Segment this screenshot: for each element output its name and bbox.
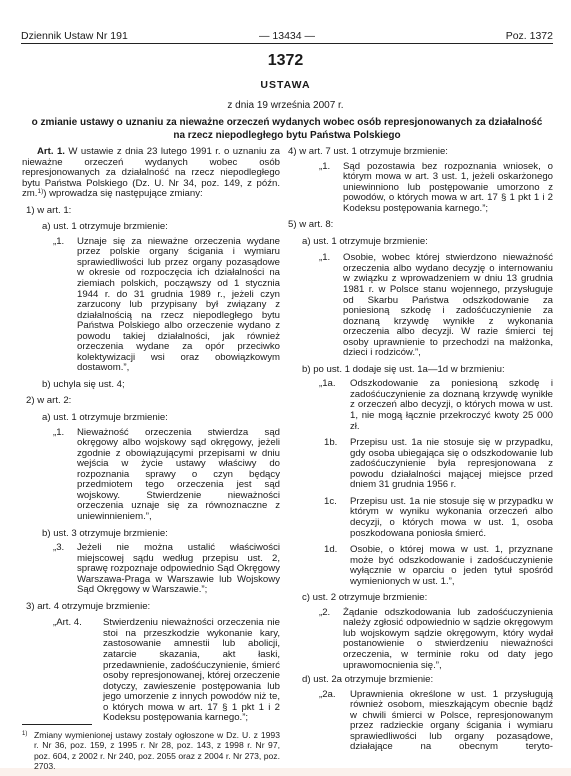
quote-text: Przepisu ust. 1a nie stosuje się w przyp… (350, 438, 553, 491)
article-1-tail: ) wprowadza się następujące zmiany: (43, 188, 202, 199)
point-5a: a) ust. 1 otrzymuje brzmienie: (288, 237, 553, 248)
quote-label: „Art. 4. (53, 618, 103, 723)
header-rule (21, 43, 553, 44)
article-1: Art. 1. W ustawie z dnia 23 lutego 1991 … (22, 147, 280, 200)
point-2a: a) ust. 1 otrzymuje brzmienie: (22, 413, 280, 424)
position-number: Poz. 1372 (506, 29, 553, 43)
point-2: 2) w art. 2: (22, 396, 280, 407)
point-5c: c) ust. 2 otrzymuje brzmienie: (288, 593, 553, 604)
quote-text: Osobie, o której mowa w ust. 1, przyznan… (350, 545, 553, 587)
point-5: 5) w art. 8: (288, 220, 553, 231)
quote-1a: „1. Uznaje się za nieważne orzeczenia wy… (22, 237, 280, 374)
point-4: 4) w art. 7 ust. 1 otrzymuje brzmienie: (288, 147, 553, 158)
quote-label: „1. (319, 253, 343, 358)
quote-5a: „1. Osobie, wobec której stwierdzono nie… (288, 253, 553, 358)
quote-5d: „2a. Uprawnienia określone w ust. 1 przy… (288, 690, 553, 753)
quote-5c: „2. Żądanie odszkodowania lub zadośćuczy… (288, 608, 553, 671)
quote-text: Stwierdzeniu nieważności orzeczenia nie … (103, 618, 280, 723)
quote-label: „1. (319, 162, 343, 215)
act-title-line2: na rzecz niepodległego bytu Państwa Pols… (21, 130, 553, 143)
quote-label: „2a. (319, 690, 350, 753)
quote-label: 1c. (324, 497, 350, 539)
quote-5b-1c: 1c. Przepisu ust. 1a nie stosuje się w p… (288, 497, 553, 539)
act-title: o zmianie ustawy o uznaniu za nieważne o… (21, 117, 553, 142)
quote-text: Odszkodowanie za poniesioną szkodę i zad… (350, 379, 553, 432)
point-1: 1) w art. 1: (22, 206, 280, 217)
quote-label: „1a. (319, 379, 350, 432)
quote-label: „3. (53, 543, 77, 596)
point-5d: d) ust. 2a otrzymuje brzmienie: (288, 675, 553, 686)
quote-text: Sąd pozostawia bez rozpoznania wniosek, … (343, 162, 553, 215)
quote-text: Uprawnienia określone w ust. 1 przysługu… (350, 690, 553, 753)
footnote-text: Zmiany wymienionej ustawy zostały ogłosz… (34, 730, 280, 772)
quote-text: Osobie, wobec której stwierdzono nieważn… (343, 253, 553, 358)
quote-label: 1d. (324, 545, 350, 587)
point-1b: b) uchyla się ust. 4; (22, 380, 280, 391)
quote-text: Jeżeli nie można ustalić właściwości mie… (77, 543, 280, 596)
quote-5b-1b: 1b. Przepisu ust. 1a nie stosuje się w p… (288, 438, 553, 491)
right-column: 4) w art. 7 ust. 1 otrzymuje brzmienie: … (288, 147, 553, 753)
quote-text: Żądanie odszkodowania lub zadośćuczynien… (343, 608, 553, 671)
article-1-label: Art. 1. (37, 146, 65, 157)
quote-label: „1. (53, 237, 77, 374)
act-title-line1: o zmianie ustawy o uznaniu za nieważne o… (21, 117, 553, 130)
quote-5b-1a: „1a. Odszkodowanie za poniesioną szkodę … (288, 379, 553, 432)
quote-5b-1d: 1d. Osobie, o której mowa w ust. 1, przy… (288, 545, 553, 587)
quote-4: „1. Sąd pozostawia bez rozpoznania wnios… (288, 162, 553, 215)
footnote-label: 1) (22, 730, 34, 772)
quote-2a: „1. Nieważność orzeczenia stwierdza sąd … (22, 428, 280, 523)
point-2b: b) ust. 3 otrzymuje brzmienie: (22, 529, 280, 540)
quote-text: Przepisu ust. 1a nie stosuje się w przyp… (350, 497, 553, 539)
footnote: 1) Zmiany wymienionej ustawy zostały ogł… (22, 730, 280, 772)
act-number: 1372 (0, 52, 571, 70)
quote-text: Uznaje się za nieważne orzeczenia wydane… (77, 237, 280, 374)
point-5b: b) po ust. 1 dodaje się ust. 1a—1d w brz… (288, 365, 553, 376)
quote-3: „Art. 4. Stwierdzeniu nieważności orzecz… (22, 618, 280, 723)
quote-text: Nieważność orzeczenia stwierdza sąd okrę… (77, 428, 280, 523)
quote-label: „2. (319, 608, 343, 671)
point-1a: a) ust. 1 otrzymuje brzmienie: (22, 222, 280, 233)
page-number: — 13434 — (21, 29, 553, 43)
act-type: USTAWA (0, 79, 571, 91)
quote-label: „1. (53, 428, 77, 523)
footnote-rule (22, 724, 92, 725)
quote-label: 1b. (324, 438, 350, 491)
act-date: z dnia 19 września 2007 r. (0, 100, 571, 111)
running-header: Dziennik Ustaw Nr 191 — 13434 — Poz. 137… (21, 29, 553, 43)
point-3: 3) art. 4 otrzymuje brzmienie: (22, 602, 280, 613)
quote-2b: „3. Jeżeli nie można ustalić właściwości… (22, 543, 280, 596)
left-column: Art. 1. W ustawie z dnia 23 lutego 1991 … (22, 147, 280, 724)
